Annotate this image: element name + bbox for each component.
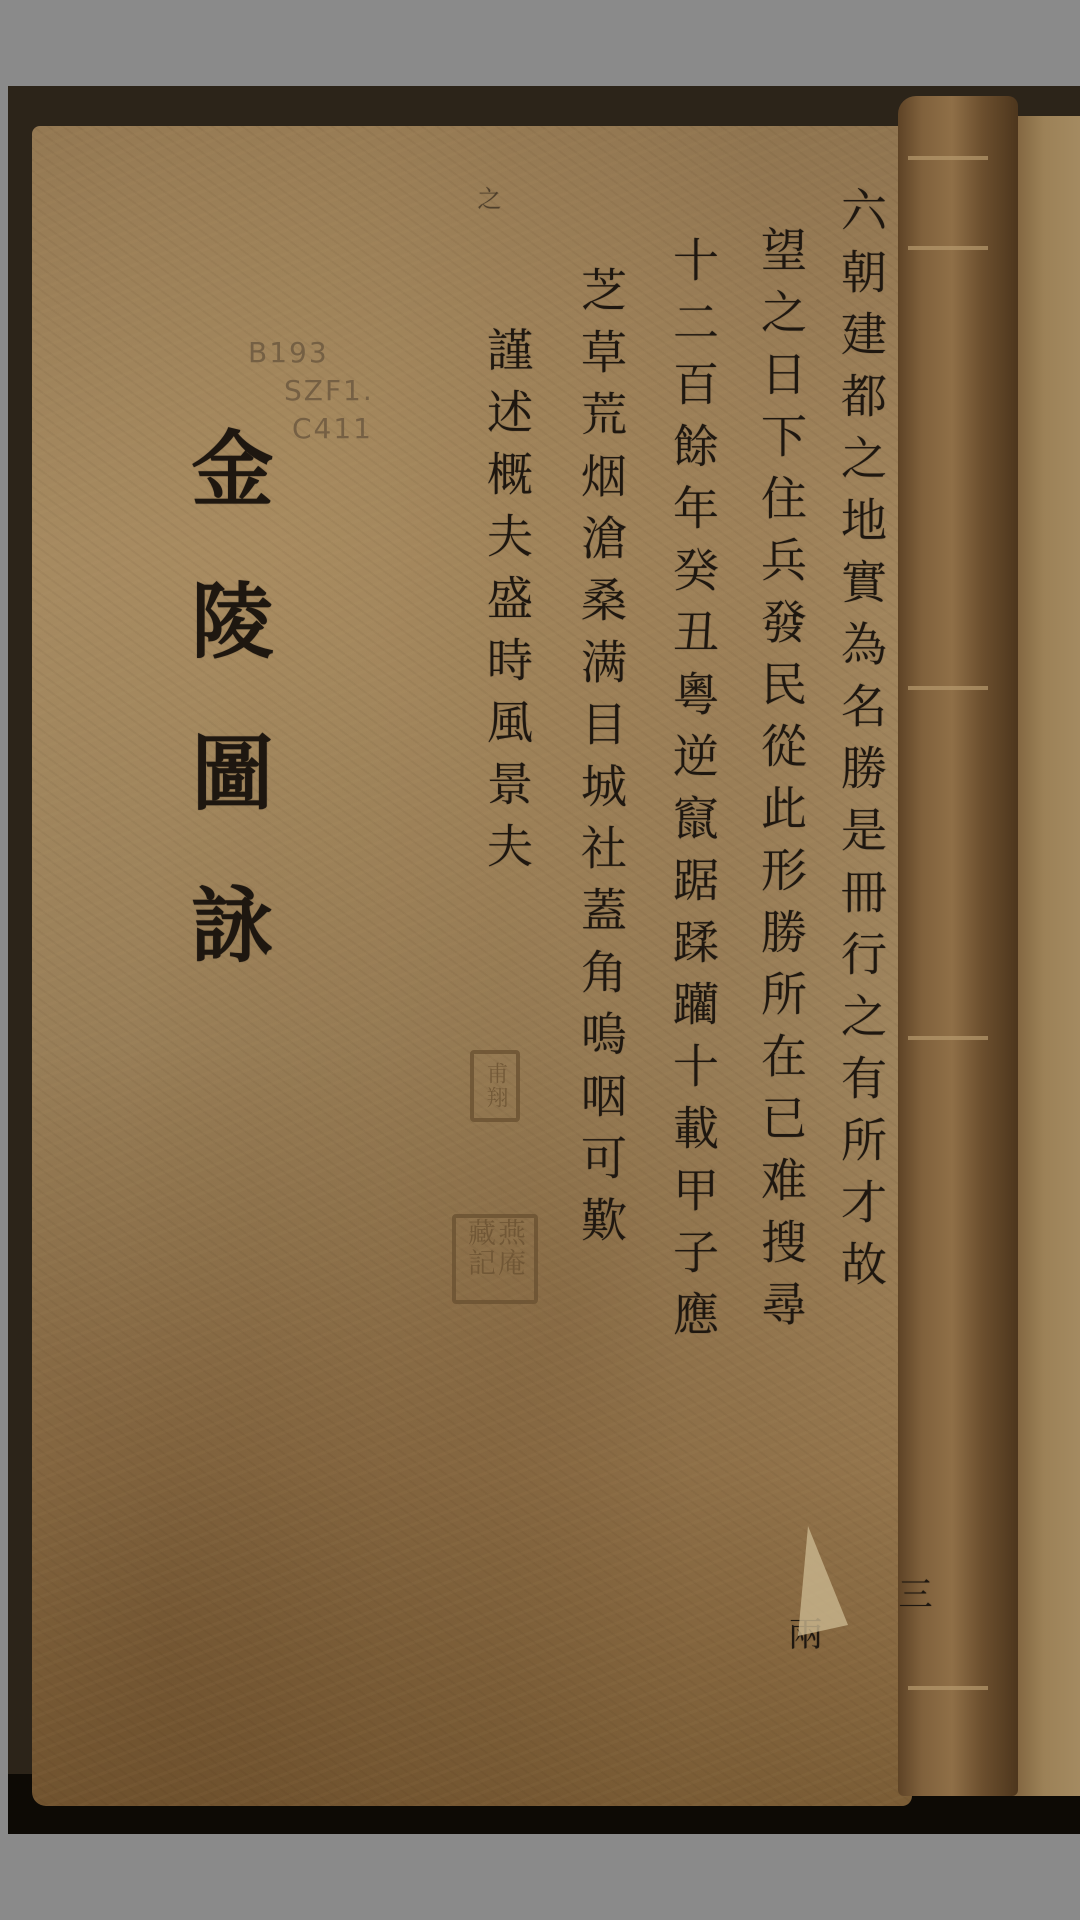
right-page-edge	[1008, 116, 1080, 1796]
trailing-char: 三	[888, 1576, 937, 1620]
preface-column-2: 望之日下住兵發民從此形勝所在已难搜尋	[748, 226, 814, 1342]
binding-thread	[908, 246, 988, 250]
image-viewer: B193 SZF1. C411 金陵圖詠 六朝建都之地實為名勝是冊行之有所才故 …	[0, 0, 1080, 1920]
preface-column-3: 十二百餘年癸丑粵逆竄踞蹂躪十載甲子應	[660, 236, 726, 1352]
binding-thread	[908, 156, 988, 160]
book-spine-binding	[898, 96, 1018, 1796]
seal-stamp-large: 燕庵藏記	[452, 1214, 538, 1304]
call-number-line: C411	[292, 410, 374, 448]
seal-stamp-small: 甫翔	[470, 1050, 520, 1122]
book-photo: B193 SZF1. C411 金陵圖詠 六朝建都之地實為名勝是冊行之有所才故 …	[8, 86, 1080, 1834]
binding-thread	[908, 686, 988, 690]
preface-column-4: 芝草荒烟滄桑满目城社蓋角嗚咽可歎	[568, 266, 634, 1258]
preface-column-1: 六朝建都之地實為名勝是冊行之有所才故	[828, 186, 894, 1302]
call-number-line: SZF1.	[284, 372, 374, 410]
book-title: 金陵圖詠	[168, 426, 285, 1034]
binding-thread	[908, 1036, 988, 1040]
binding-thread	[908, 1686, 988, 1690]
preface-column-5: 謹述概夫盛時風景夫	[474, 326, 540, 884]
call-number-line: B193	[248, 334, 374, 372]
preface-column-6: 之	[470, 186, 505, 220]
